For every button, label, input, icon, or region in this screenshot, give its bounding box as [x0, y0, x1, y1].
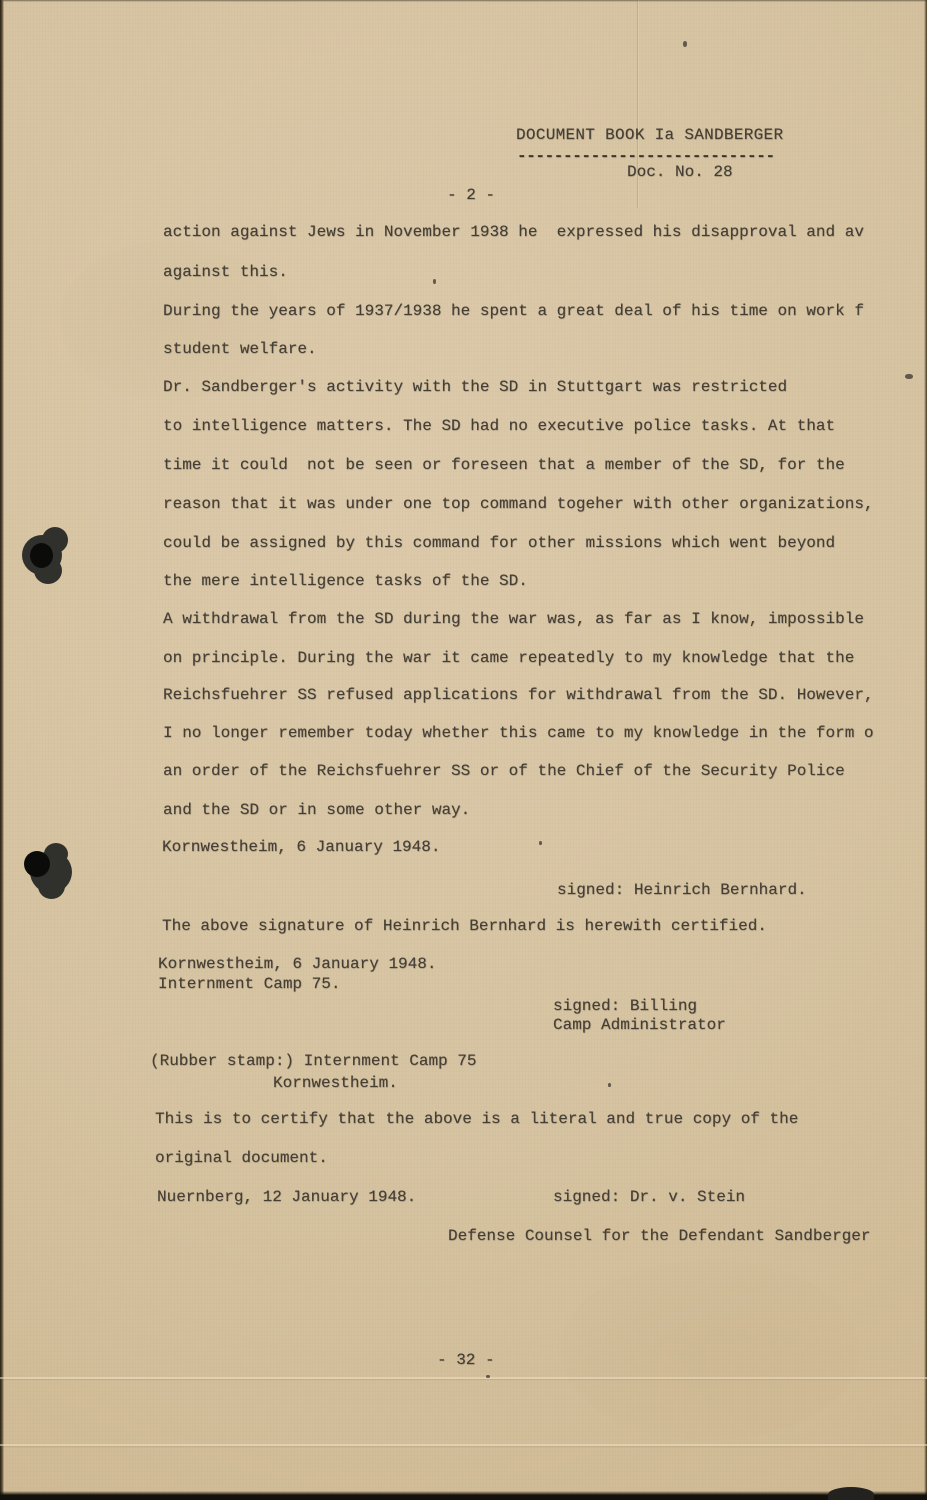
paper-crease-horizontal — [0, 1444, 927, 1446]
paper-speck — [683, 41, 687, 47]
document-text-line: and the SD or in some other way. — [163, 801, 470, 820]
document-text-line: I no longer remember today whether this … — [163, 724, 874, 743]
rubber-stamp-location: Kornwestheim. — [273, 1074, 398, 1093]
document-text-line: action against Jews in November 1938 he … — [163, 223, 864, 242]
document-text-line: time it could not be seen or foreseen th… — [163, 456, 845, 475]
document-text-line: Reichsfuehrer SS refused applications fo… — [163, 686, 874, 705]
document-book-title: DOCUMENT BOOK Ia SANDBERGER — [516, 126, 783, 145]
paper-speck — [486, 1375, 490, 1378]
internment-camp-line: Internment Camp 75. — [158, 975, 340, 994]
document-text-line: A withdrawal from the SD during the war … — [163, 610, 864, 629]
scan-edge-bottom — [0, 1491, 927, 1500]
scan-artifact-bottom — [828, 1487, 874, 1500]
paper-stain — [560, 1260, 860, 1440]
paper-speck — [433, 279, 436, 284]
dateline-kornwestheim: Kornwestheim, 6 January 1948. — [162, 838, 440, 857]
punch-hole-bottom — [22, 841, 78, 901]
signer-title-camp-administrator: Camp Administrator — [553, 1016, 726, 1035]
paper-speck — [905, 374, 913, 379]
document-text-line: to intelligence matters. The SD had no e… — [163, 417, 835, 436]
scan-edge-top — [0, 0, 927, 2]
document-text-line: student welfare. — [163, 340, 317, 359]
rubber-stamp-note: (Rubber stamp:) Internment Camp 75 — [150, 1052, 476, 1071]
scan-edge-left — [0, 0, 4, 1500]
document-text-line: reason that it was under one top command… — [163, 495, 874, 514]
page-number-top: - 2 - — [447, 186, 495, 205]
document-text-line: on principle. During the war it came rep… — [163, 649, 854, 668]
document-text-line: the mere intelligence tasks of the SD. — [163, 572, 528, 591]
page-number-bottom: - 32 - — [437, 1351, 495, 1370]
document-text-line: could be assigned by this command for ot… — [163, 534, 835, 553]
paper-speck — [608, 1083, 611, 1087]
document-text-line: an order of the Reichsfuehrer SS or of t… — [163, 762, 845, 781]
signature-stein: signed: Dr. v. Stein — [553, 1188, 745, 1207]
dateline-kornwestheim: Kornwestheim, 6 January 1948. — [158, 955, 436, 974]
document-text-line: against this. — [163, 263, 288, 282]
copy-certification-line: This is to certify that the above is a l… — [155, 1110, 798, 1129]
certification-of-signature: The above signature of Heinrich Bernhard… — [162, 917, 767, 936]
paper-speck — [539, 841, 542, 845]
signature-bernhard: signed: Heinrich Bernhard. — [557, 881, 807, 900]
dateline-nuernberg: Nuernberg, 12 January 1948. — [157, 1188, 416, 1207]
document-text-line: Dr. Sandberger's activity with the SD in… — [163, 378, 787, 397]
defense-counsel-line: Defense Counsel for the Defendant Sandbe… — [448, 1227, 870, 1246]
doc-number: Doc. No. 28 — [627, 163, 733, 182]
scanned-document-page: DOCUMENT BOOK Ia SANDBERGER ------------… — [0, 0, 927, 1500]
punch-hole-top — [20, 527, 74, 587]
signature-billing: signed: Billing — [553, 997, 697, 1016]
copy-certification-line: original document. — [155, 1149, 328, 1168]
document-text-line: During the years of 1937/1938 he spent a… — [163, 302, 864, 321]
